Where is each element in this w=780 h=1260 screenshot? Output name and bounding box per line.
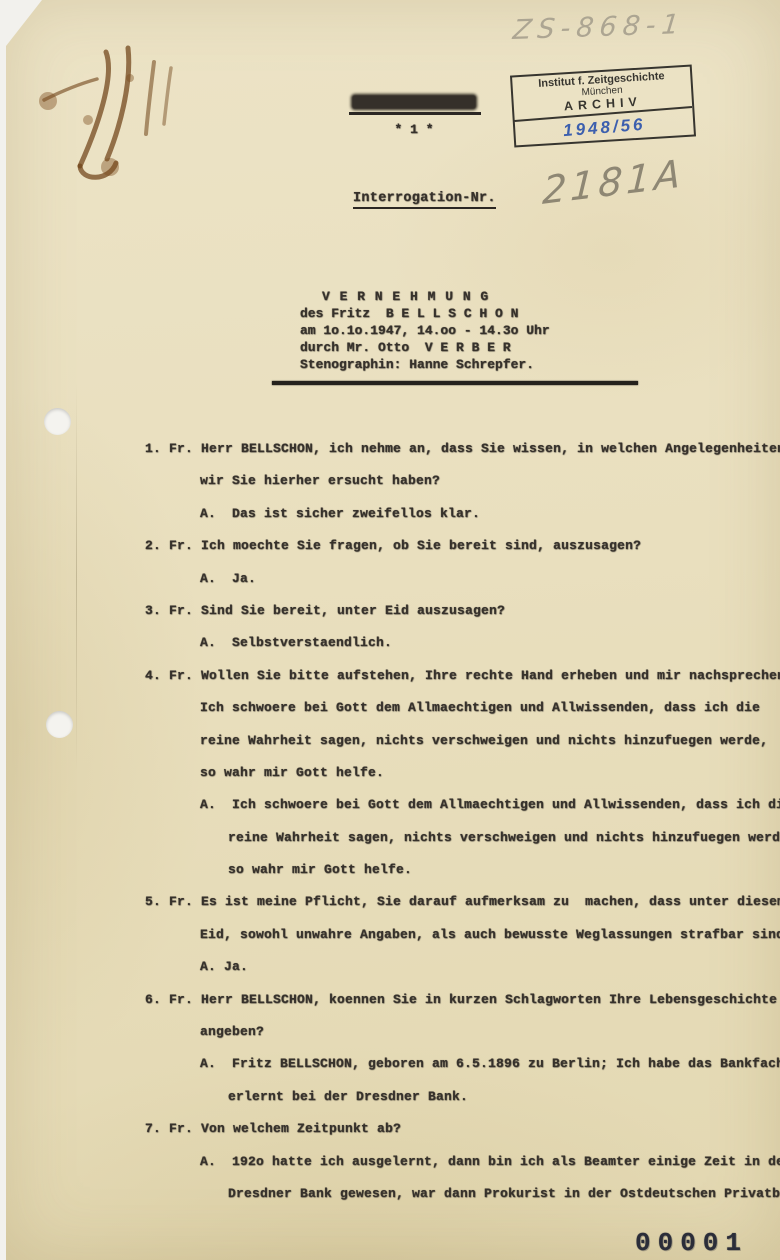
- page-number: * 1 *: [352, 122, 476, 137]
- transcript-line: A. Selbstverstaendlich.: [0, 635, 780, 667]
- interrogation-number-label: Interrogation-Nr.: [353, 191, 496, 209]
- document-scan: * 1 * ZS-868-1 Institut f. Zeitgeschicht…: [0, 0, 780, 1260]
- transcript-line: so wahr mir Gott helfe.: [0, 862, 780, 894]
- obliterated-heading-underline: [349, 112, 481, 115]
- punch-hole: [44, 408, 71, 435]
- header-interrogator: durch Mr. Otto V E R B E R: [300, 339, 550, 356]
- transcript-line: A. Ja.: [0, 571, 780, 603]
- transcript-line: reine Wahrheit sagen, nichts verschweige…: [0, 830, 780, 862]
- transcript-line: 1. Fr. Herr BELLSCHON, ich nehme an, das…: [0, 441, 780, 473]
- transcript-line: 4. Fr. Wollen Sie bitte aufstehen, Ihre …: [0, 668, 780, 700]
- transcript-line: angeben?: [0, 1024, 780, 1056]
- transcript-line: Ich schwoere bei Gott dem Allmaechtigen …: [0, 700, 780, 732]
- transcript-line: 7. Fr. Von welchem Zeitpunkt ab?: [0, 1121, 780, 1153]
- transcript-line: 3. Fr. Sind Sie bereit, unter Eid auszus…: [0, 603, 780, 635]
- transcript-line: A. Das ist sicher zweifellos klar.: [0, 506, 780, 538]
- header-rule: [272, 381, 638, 385]
- header-subject: des Fritz B E L L S C H O N: [300, 305, 550, 322]
- transcript-line: A. Ja.: [0, 959, 780, 991]
- transcript-line: so wahr mir Gott helfe.: [0, 765, 780, 797]
- interrogation-transcript: 1. Fr. Herr BELLSCHON, ich nehme an, das…: [0, 441, 780, 1218]
- bates-page-number: 00001: [635, 1228, 748, 1258]
- pencil-reference-number: ZS-868-1: [511, 9, 686, 46]
- transcript-line: 5. Fr. Es ist meine Pflicht, Sie darauf …: [0, 894, 780, 926]
- document-header: V E R N E H M U N G des Fritz B E L L S …: [300, 288, 550, 373]
- header-title: V E R N E H M U N G: [300, 288, 550, 305]
- obliterated-heading: [352, 95, 476, 109]
- transcript-line: erlernt bei der Dresdner Bank.: [0, 1089, 780, 1121]
- transcript-line: wir Sie hierher ersucht haben?: [0, 473, 780, 505]
- transcript-line: reine Wahrheit sagen, nichts verschweige…: [0, 733, 780, 765]
- transcript-line: Eid, sowohl unwahre Angaben, als auch be…: [0, 927, 780, 959]
- rust-scrawl-mark: [18, 38, 193, 193]
- transcript-line: 2. Fr. Ich moechte Sie fragen, ob Sie be…: [0, 538, 780, 570]
- transcript-line: Dresdner Bank gewesen, war dann Prokuris…: [0, 1186, 780, 1218]
- transcript-line: A. 192o hatte ich ausgelernt, dann bin i…: [0, 1154, 780, 1186]
- transcript-line: A. Fritz BELLSCHON, geboren am 6.5.1896 …: [0, 1056, 780, 1088]
- header-datetime: am 1o.1o.1947, 14.oo - 14.3o Uhr: [300, 322, 550, 339]
- transcript-line: A. Ich schwoere bei Gott dem Allmaechtig…: [0, 797, 780, 829]
- archive-stamp: Institut f. Zeitgeschichte München ARCHI…: [510, 65, 696, 148]
- header-stenographer: Stenographin: Hanne Schrepfer.: [300, 356, 550, 373]
- transcript-line: 6. Fr. Herr BELLSCHON, koennen Sie in ku…: [0, 992, 780, 1024]
